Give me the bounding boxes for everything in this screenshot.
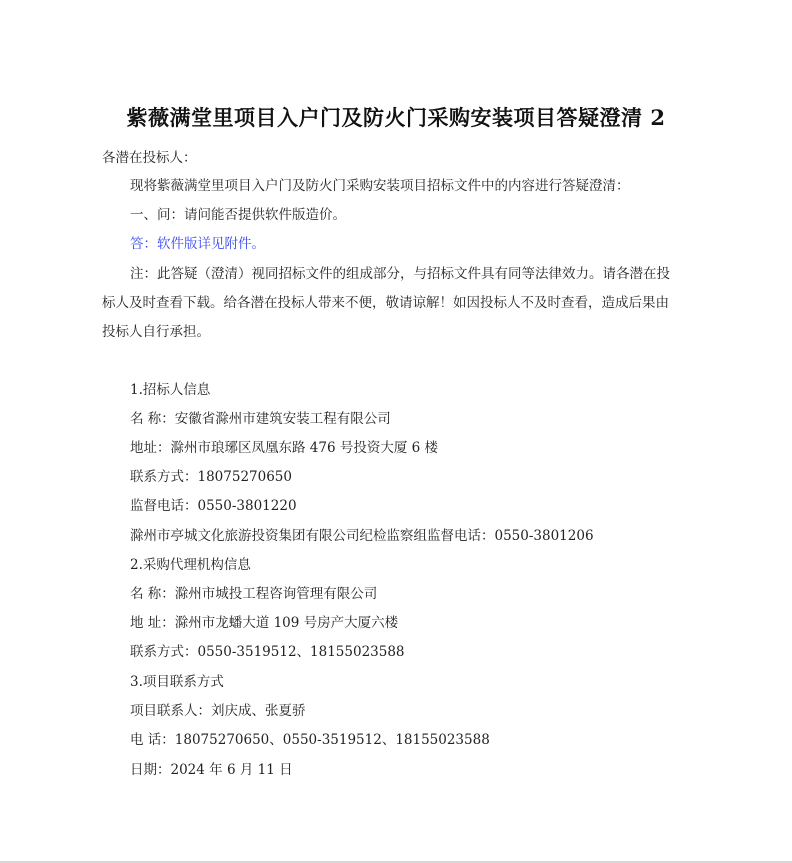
- project-contact-phone: 电 话：18075270650、0550-3519512、18155023588: [130, 731, 490, 749]
- project-contact-persons: 项目联系人：刘庆成、张夏骄: [130, 702, 306, 720]
- document-page: 紫薇满堂里项目入户门及防火门采购安装项目答疑澄清 2 各潜在投标人： 现将紫薇满…: [0, 0, 792, 861]
- note-line-2: 标人及时查看下载。给各潜在投标人带来不便，敬请谅解！如因投标人不及时查看，造成后…: [102, 294, 669, 312]
- section-heading-agency: 2.采购代理机构信息: [130, 556, 251, 574]
- tenderer-address: 地址：滁州市琅琊区凤凰东路 476 号投资大厦 6 楼: [130, 439, 438, 457]
- answer-1: 答：软件版详见附件。: [130, 235, 265, 253]
- note-line-1: 注：此答疑（澄清）视同招标文件的组成部分，与招标文件具有同等法律效力。请各潜在投: [130, 265, 670, 283]
- tenderer-supervision-phone: 监督电话：0550-3801220: [130, 497, 297, 515]
- section-heading-project-contact: 3.项目联系方式: [130, 673, 224, 691]
- question-1: 一、问：请问能否提供软件版造价。: [130, 206, 346, 224]
- note-line-3: 投标人自行承担。: [102, 323, 210, 341]
- tenderer-name: 名 称：安徽省滁州市建筑安装工程有限公司: [130, 410, 391, 428]
- salutation: 各潜在投标人：: [102, 149, 197, 167]
- intro-paragraph: 现将紫薇满堂里项目入户门及防火门采购安装项目招标文件中的内容进行答疑澄清：: [130, 177, 630, 195]
- section-heading-tenderer: 1.招标人信息: [130, 381, 210, 399]
- document-date: 日期：2024 年 6 月 11 日: [130, 761, 293, 779]
- document-title: 紫薇满堂里项目入户门及防火门采购安装项目答疑澄清 2: [0, 102, 792, 132]
- agency-contact: 联系方式：0550-3519512、18155023588: [130, 643, 405, 661]
- tenderer-contact: 联系方式：18075270650: [130, 468, 292, 486]
- agency-address: 地 址：滁州市龙蟠大道 109 号房产大厦六楼: [130, 614, 398, 632]
- discipline-phone: 滁州市亭城文化旅游投资集团有限公司纪检监察组监督电话：0550-3801206: [130, 527, 594, 545]
- agency-name: 名 称：滁州市城投工程咨询管理有限公司: [130, 585, 377, 603]
